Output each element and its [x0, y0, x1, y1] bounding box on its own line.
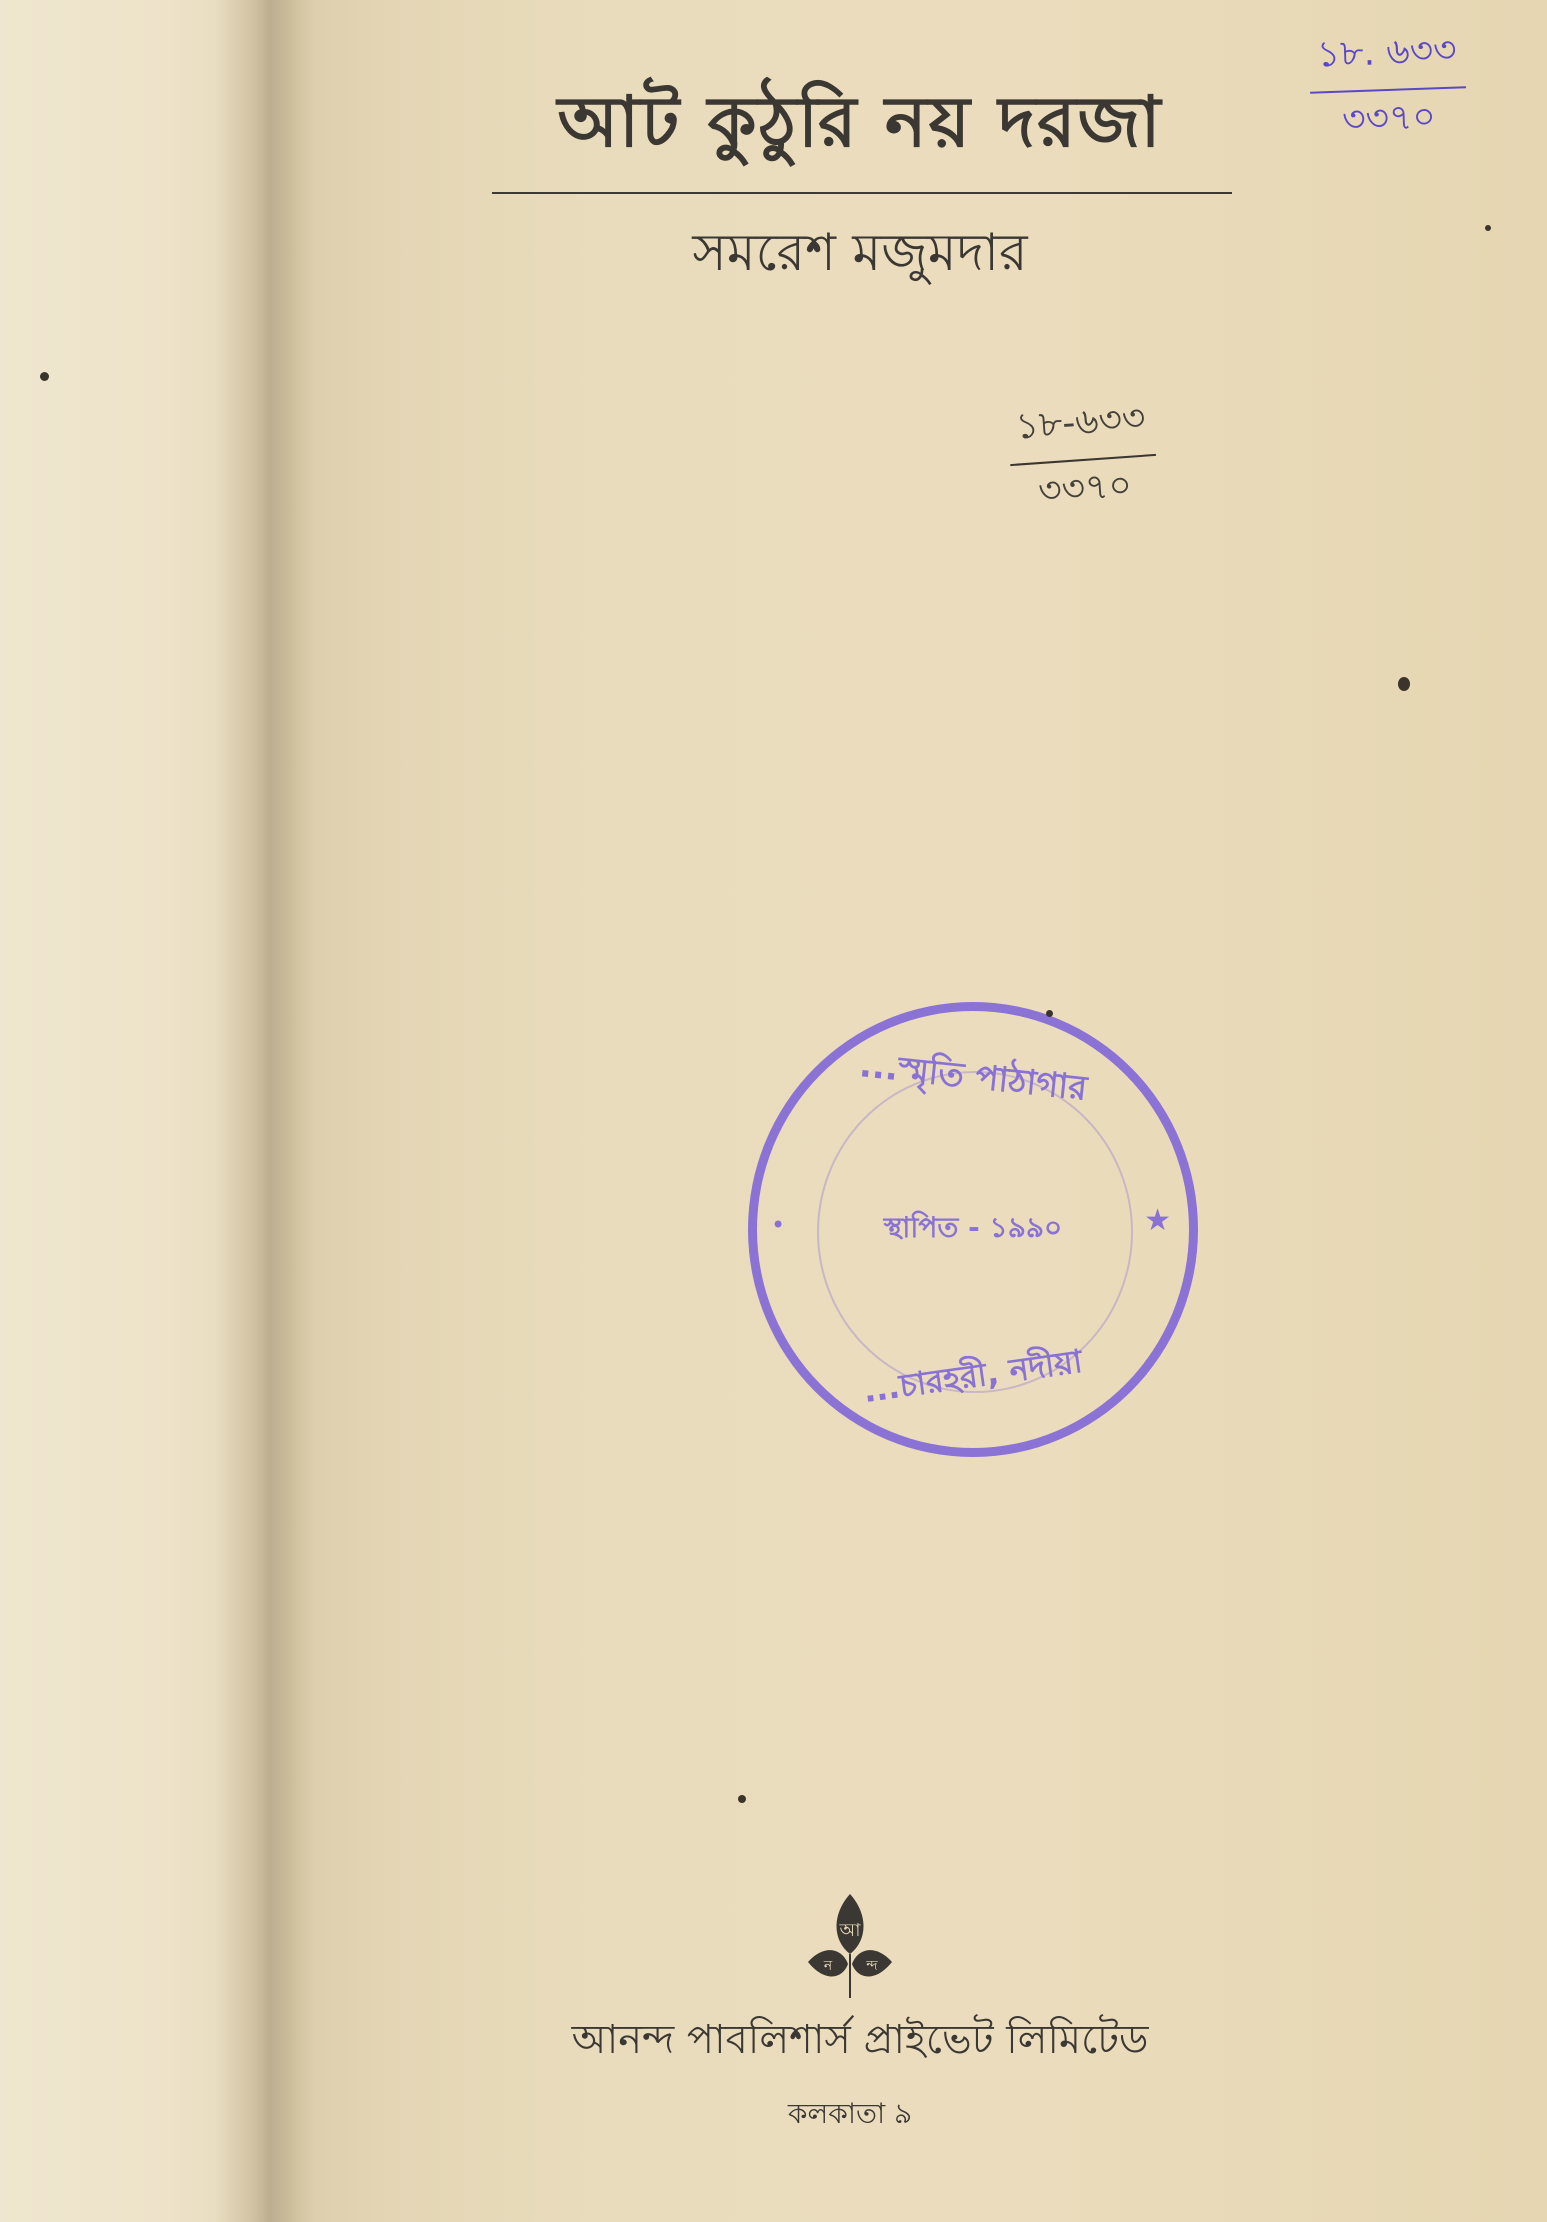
author-name: সমরেশ মজুমদার: [480, 212, 1240, 299]
title-divider: [492, 192, 1232, 194]
accession-number: ১৮-৬৩৩: [1006, 390, 1156, 466]
handwritten-accession-note: ১৮-৬৩৩ ৩৩৭০: [1006, 390, 1160, 526]
library-stamp: ...স্মৃতি পাঠাগার • স্থাপিত - ১৯৯০ ★ ...…: [748, 1002, 1198, 1457]
accession-denominator: ৩৩৭০: [1010, 456, 1160, 526]
handwritten-accession-corner: ১৮. ৬৩৩ ৩৩৭০: [1308, 22, 1468, 153]
paper-speck: [40, 372, 49, 381]
svg-text:ন্দ: ন্দ: [865, 1958, 878, 1974]
book-title: আট কুঠুরি নয় দরজা: [480, 68, 1240, 185]
paper-speck: [738, 1795, 746, 1803]
paper-speck: [1398, 677, 1410, 691]
accession-number: ১৮. ৬৩৩: [1308, 22, 1466, 93]
book-spine-shadow: [215, 0, 315, 2222]
stamp-established: স্থাপিত - ১৯৯০: [757, 1206, 1189, 1253]
publisher-city: কলকাতা ৯: [600, 2092, 1100, 2139]
paper-speck: [1046, 1010, 1053, 1017]
svg-text:ন: ন: [823, 1958, 833, 1974]
svg-text:আ: আ: [839, 1920, 862, 1941]
paper-speck: [1485, 225, 1491, 231]
publisher-leaf-logo-icon: আ ন ন্দ: [802, 1892, 898, 2002]
publisher-name: আনন্দ পাবলিশার্স প্রাইভেট লিমিটেড: [480, 2008, 1240, 2075]
accession-denominator: ৩৩৭০: [1310, 88, 1468, 153]
star-icon: ★: [1144, 1203, 1171, 1238]
